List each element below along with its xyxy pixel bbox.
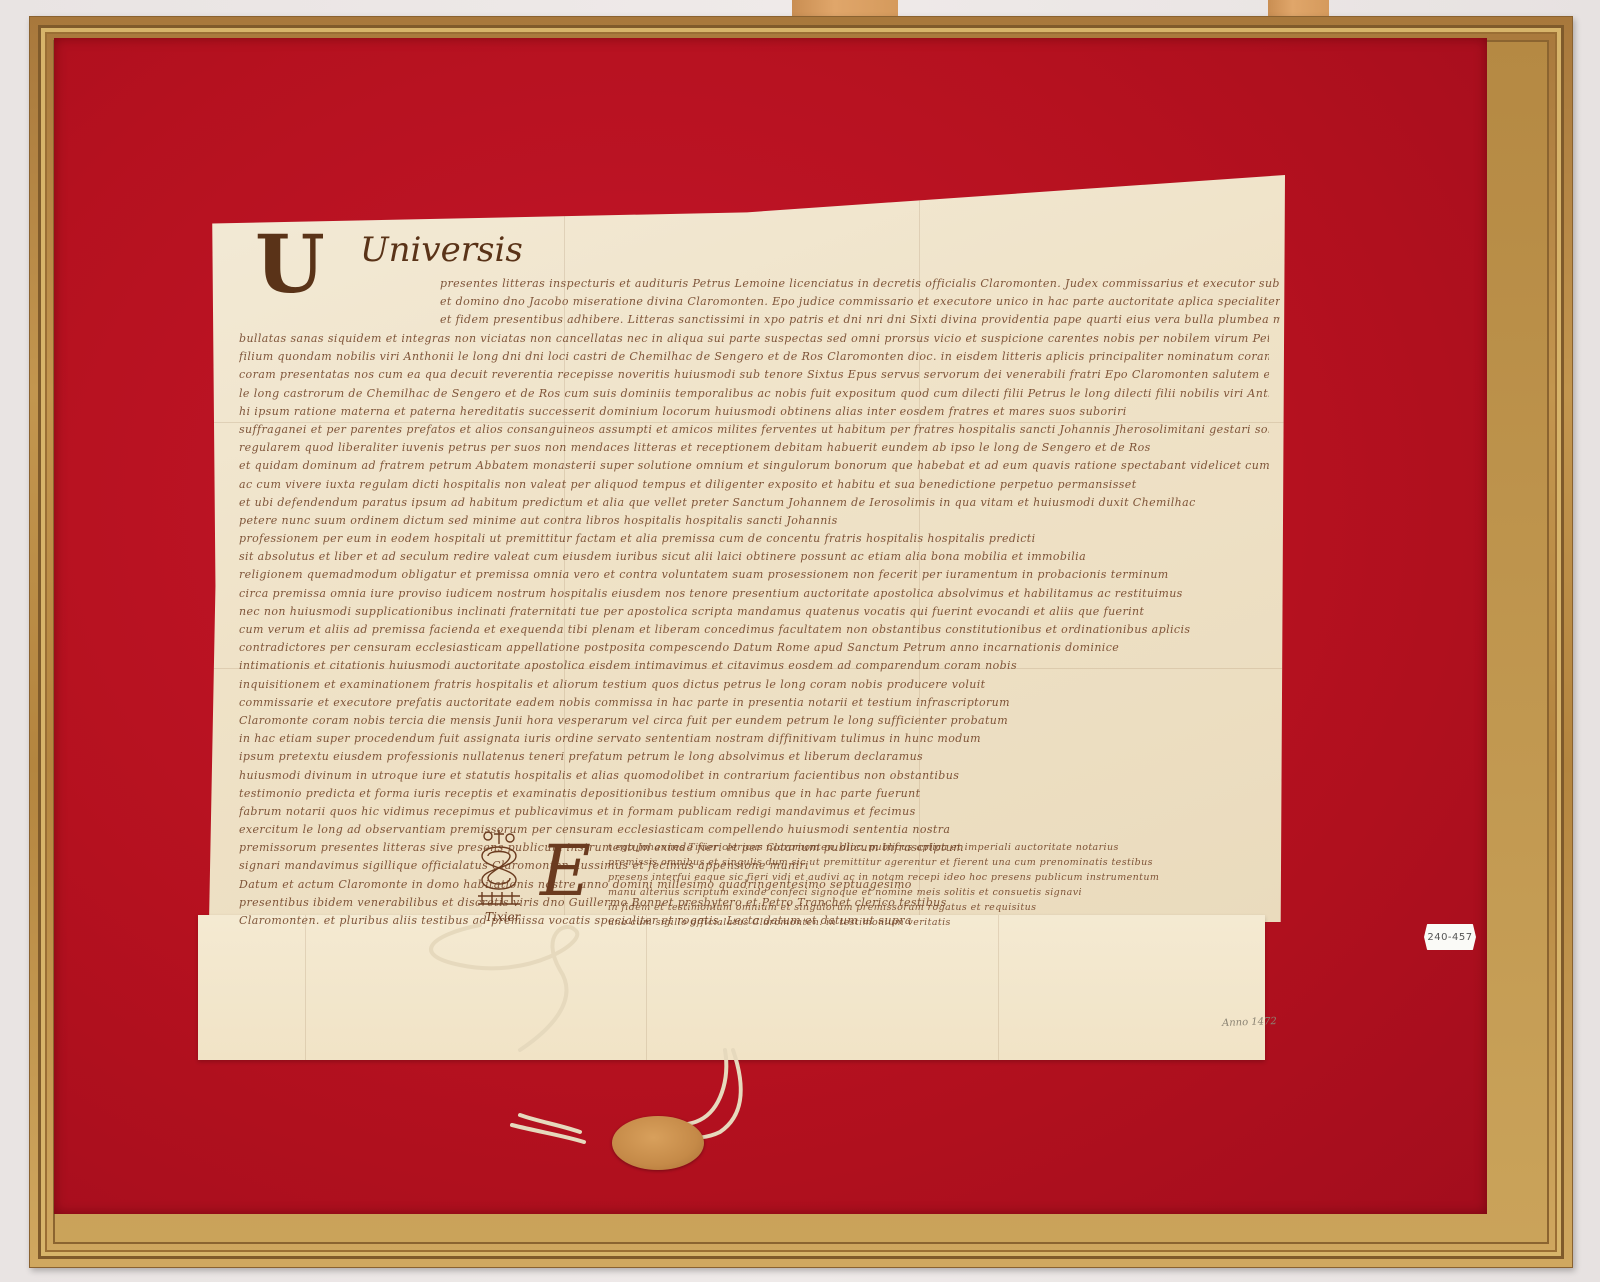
fold-crease-vertical bbox=[305, 915, 306, 1060]
notarial-line: manu alterius scriptum exinde confeci si… bbox=[608, 885, 1248, 900]
seal-cord-icon bbox=[400, 910, 800, 1170]
manuscript-line: professionem per eum in eodem hospitali … bbox=[239, 530, 1269, 548]
manuscript-line: ac cum vivere iuxta regulam dicti hospit… bbox=[239, 476, 1269, 494]
manuscript-line: petere nunc suum ordinem dictum sed mini… bbox=[239, 512, 1269, 530]
manuscript-line: et quidam dominum ad fratrem petrum Abba… bbox=[239, 457, 1269, 475]
manuscript-line: religionem quemadmodum obligatur et prem… bbox=[239, 566, 1269, 584]
manuscript-line: et fidem presentibus adhibere. Litteras … bbox=[440, 311, 1280, 329]
manuscript-line: le long castrorum de Chemilhac de Senger… bbox=[239, 385, 1269, 403]
manuscript-line: regularem quod liberaliter iuvenis petru… bbox=[239, 439, 1269, 457]
manuscript-line: commissarie et executore prefatis auctor… bbox=[239, 694, 1269, 712]
manuscript-line: hi ipsum ratione materna et paterna here… bbox=[239, 403, 1269, 421]
manuscript-line: Claromonte coram nobis tercia die mensis… bbox=[239, 712, 1269, 730]
manuscript-line: ipsum pretextu eiusdem professionis null… bbox=[239, 748, 1269, 766]
manuscript-line: testimonio predicta et forma iuris recep… bbox=[239, 785, 1269, 803]
manuscript-heading: Universis bbox=[360, 230, 523, 270]
notarial-initial: E bbox=[540, 836, 591, 906]
manuscript-line: huiusmodi divinum in utroque iure et sta… bbox=[239, 767, 1269, 785]
notarial-line: t ego Johannes Tixier clericus Claromont… bbox=[608, 840, 1248, 855]
notarial-line: premissis omnibus et singulis dum sic ut… bbox=[608, 855, 1248, 870]
manuscript-line: inquisitionem et examinationem fratris h… bbox=[239, 676, 1269, 694]
manuscript-line: fabrum notarii quos hic vidimus recepimu… bbox=[239, 803, 1269, 821]
manuscript-line: bullatas sanas siquidem et integras non … bbox=[239, 330, 1269, 348]
notarial-line: presens interfui eaque sic fieri vidi et… bbox=[608, 870, 1248, 885]
manuscript-body-text: presentes litteras inspecturis et auditu… bbox=[440, 275, 1280, 330]
manuscript-line: filium quondam nobilis viri Anthonii le … bbox=[239, 348, 1269, 366]
manuscript-line: intimationis et citationis huiusmodi auc… bbox=[239, 657, 1269, 675]
pencil-date-annotation: Anno 1472 bbox=[1222, 1016, 1277, 1029]
price-tag-label: 240-457 bbox=[1424, 924, 1476, 950]
manuscript-line: suffraganei et per parentes prefatos et … bbox=[239, 421, 1269, 439]
manuscript-line: et ubi defendendum paratus ipsum ad habi… bbox=[239, 494, 1269, 512]
manuscript-line: circa premissa omnia iure proviso iudice… bbox=[239, 585, 1269, 603]
manuscript-line: nec non huiusmodi supplicationibus incli… bbox=[239, 603, 1269, 621]
notary-sign-knot-icon bbox=[470, 826, 528, 916]
manuscript-line: exercitum le long ad observantiam premis… bbox=[239, 821, 1269, 839]
manuscript-line: coram presentatas nos cum ea qua decuit … bbox=[239, 366, 1269, 384]
manuscript-line: sit absolutus et liber et ad seculum red… bbox=[239, 548, 1269, 566]
manuscript-line: in hac etiam super procedendum fuit assi… bbox=[239, 730, 1269, 748]
wax-seal bbox=[612, 1116, 704, 1170]
fold-crease-vertical bbox=[998, 915, 999, 1060]
illuminated-initial: U bbox=[255, 224, 325, 304]
manuscript-line: presentes litteras inspecturis et auditu… bbox=[440, 275, 1280, 293]
manuscript-line: contradictores per censuram ecclesiastic… bbox=[239, 639, 1269, 657]
manuscript-line: et domino dno Jacobo miseratione divina … bbox=[440, 293, 1280, 311]
manuscript-line: cum verum et aliis ad premissa facienda … bbox=[239, 621, 1269, 639]
